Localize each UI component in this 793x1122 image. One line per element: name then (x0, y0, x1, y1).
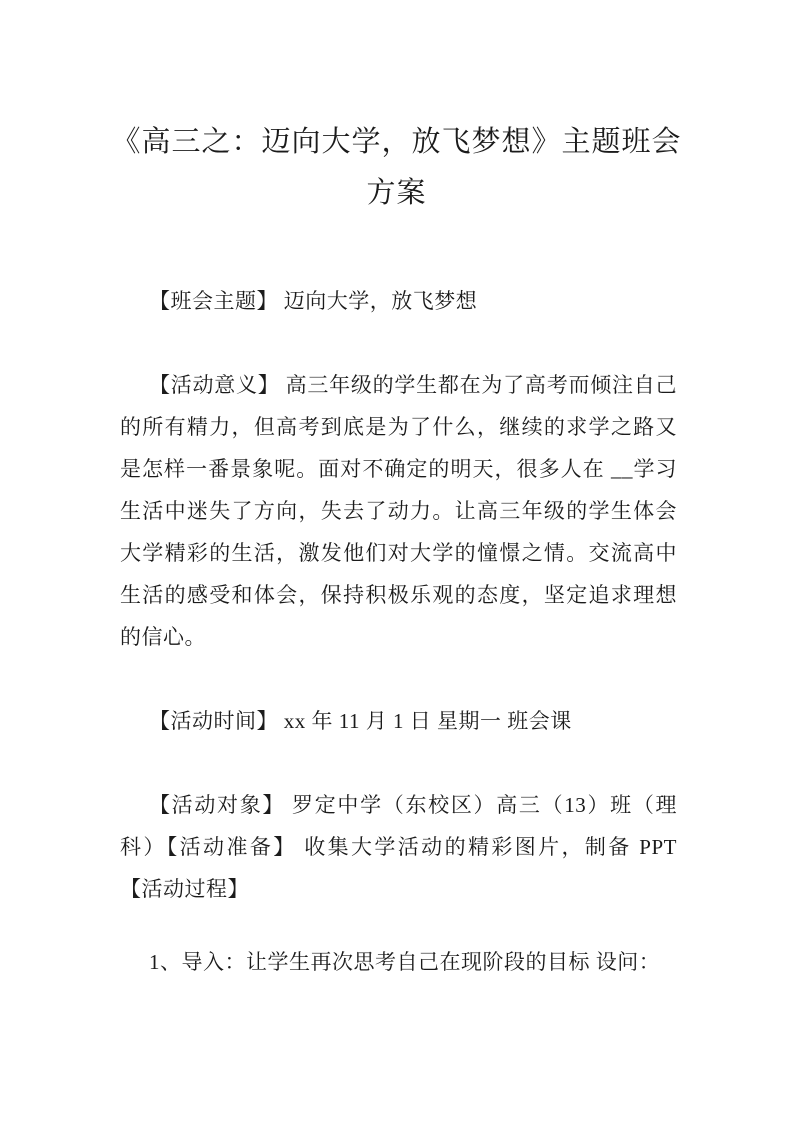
paragraph-class-meeting-topic: 【班会主题】 迈向大学，放飞梦想 (120, 280, 677, 322)
document-body: 【班会主题】 迈向大学，放飞梦想 【活动意义】 高三年级的学生都在为了高考而倾注… (120, 280, 677, 983)
paragraph-activity-meaning: 【活动意义】 高三年级的学生都在为了高考而倾注自己的所有精力，但高考到底是为了什… (120, 364, 677, 658)
document-title-line-1: 《高三之：迈向大学，放飞梦想》主题班会 (0, 117, 793, 168)
paragraph-activity-time: 【活动时间】 xx 年 11 月 1 日 星期一 班会课 (120, 700, 677, 742)
paragraph-activity-target-and-preparation: 【活动对象】 罗定中学（东校区）高三（13）班（理科）【活动准备】 收集大学活动… (120, 784, 677, 910)
document-title: 《高三之：迈向大学，放飞梦想》主题班会 方案 (0, 0, 793, 219)
paragraph-step-1-introduction: 1、导入：让学生再次思考自己在现阶段的目标 设问： (120, 941, 677, 983)
document-title-line-2: 方案 (0, 168, 793, 219)
document-page: 《高三之：迈向大学，放飞梦想》主题班会 方案 【班会主题】 迈向大学，放飞梦想 … (0, 0, 793, 1122)
